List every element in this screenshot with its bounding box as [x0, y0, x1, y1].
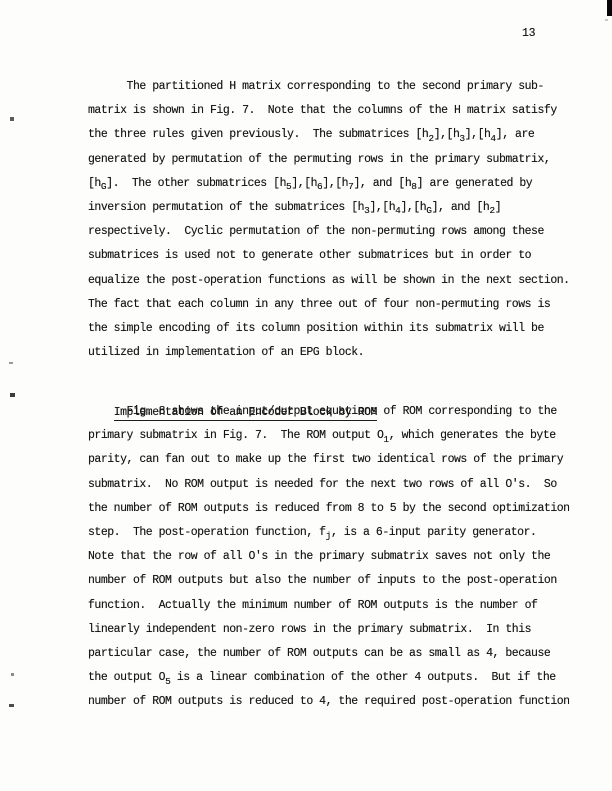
text-line: primary submatrix in Fig. 7. The ROM out… [88, 424, 570, 448]
subscript: 5 [165, 676, 170, 687]
text-line: the three rules given previously. The su… [88, 123, 570, 147]
subscript: 4 [395, 205, 400, 216]
subscript: 5 [286, 181, 291, 192]
text-line: The partitioned H matrix corresponding t… [88, 75, 570, 99]
subscript: 7 [348, 181, 353, 192]
subscript: 2 [428, 133, 433, 144]
subscript: G [101, 181, 106, 192]
subscript: 1 [383, 434, 388, 445]
text-line: step. The post-operation function, fj, i… [88, 521, 570, 545]
page-number: 13 [522, 27, 535, 40]
text-line: particular case, the number of ROM outpu… [88, 642, 570, 666]
margin-scan-speck-1 [10, 117, 14, 121]
text-line: equalize the post-operation functions as… [88, 269, 570, 293]
paragraph-1: The partitioned H matrix corresponding t… [88, 75, 570, 365]
text-line: Fig. 8 shows the input/output equations … [88, 400, 570, 424]
text-line: the output O5 is a linear combination of… [88, 666, 570, 690]
subscript: 8 [411, 181, 416, 192]
corner-scan-mark [607, 0, 612, 16]
text-line: matrix is shown in Fig. 7. Note that the… [88, 99, 570, 123]
margin-scan-speck-5 [9, 704, 14, 707]
text-line: utilized in implementation of an EPG blo… [88, 341, 570, 365]
text-line: The fact that each column in any three o… [88, 293, 570, 317]
text-line: the number of ROM outputs is reduced fro… [88, 497, 570, 521]
subscript: 2 [489, 205, 494, 216]
text-line: function. Actually the minimum number of… [88, 594, 570, 618]
subscript: j [326, 530, 331, 541]
corner-scan-dot [605, 19, 608, 21]
text-line: number of ROM outputs but also the numbe… [88, 569, 570, 593]
text-line: generated by permutation of the permutin… [88, 148, 570, 172]
text-line: parity, can fan out to make up the first… [88, 448, 570, 472]
text-line: respectively. Cyclic permutation of the … [88, 220, 570, 244]
text-line: Note that the row of all O's in the prim… [88, 545, 570, 569]
text-line: [hG]. The other submatrices [h5],[h6],[h… [88, 172, 570, 196]
subscript: 3 [364, 205, 369, 216]
text-line: submatrices is used not to generate othe… [88, 244, 570, 268]
text-line: the simple encoding of its column positi… [88, 317, 570, 341]
subscript: 3 [459, 133, 464, 144]
subscript: 4 [490, 133, 495, 144]
margin-scan-speck-4 [11, 673, 14, 676]
text-line: inversion permutation of the submatrices… [88, 196, 570, 220]
document-page: 13 The partitioned H matrix correspondin… [0, 0, 612, 791]
text-line: linearly independent non-zero rows in th… [88, 618, 570, 642]
text-line: submatrix. No ROM output is needed for t… [88, 473, 570, 497]
paragraph-2: Fig. 8 shows the input/output equations … [88, 400, 570, 714]
subscript: 6 [317, 181, 322, 192]
margin-scan-speck-3 [10, 393, 15, 397]
subscript: G [426, 205, 431, 216]
margin-scan-speck-2 [9, 362, 13, 364]
section-heading: Implementation of an Encoder Block by RO… [88, 377, 377, 401]
text-line: number of ROM outputs is reduced to 4, t… [88, 690, 570, 714]
